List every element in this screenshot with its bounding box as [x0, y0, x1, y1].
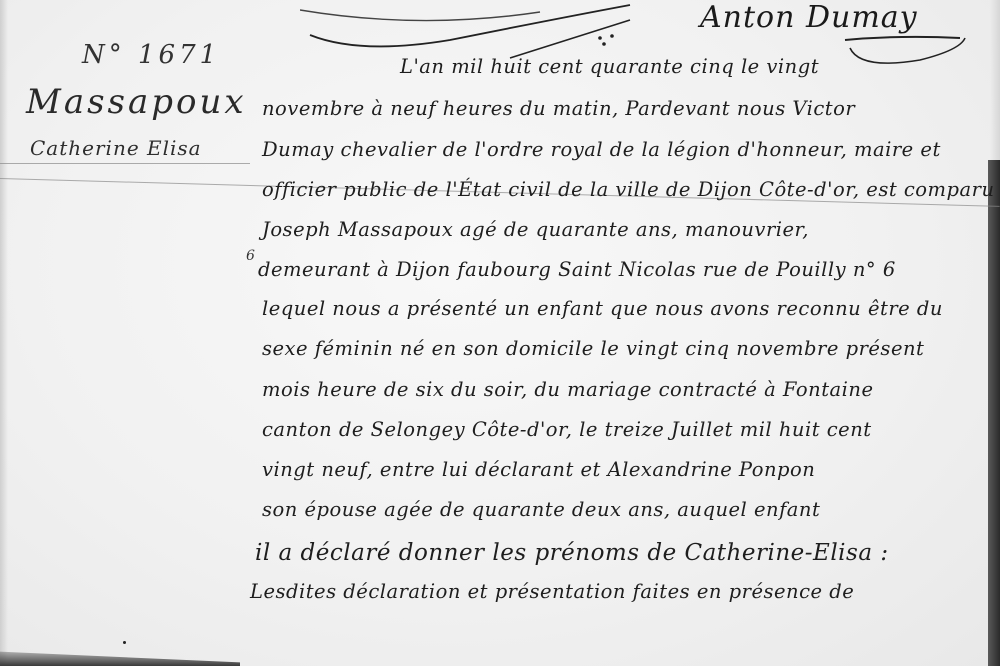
- binding-shadow: [988, 160, 1000, 666]
- ink-speck: [123, 641, 126, 644]
- text-line: L'an mil huit cent quarante cinq le ving…: [400, 55, 819, 78]
- margin-surname: Massapoux: [26, 82, 247, 122]
- text-line: demeurant à Dijon faubourg Saint Nicolas…: [258, 258, 896, 281]
- text-line: il a déclaré donner les prénoms de Cathe…: [255, 540, 889, 566]
- page-left-edge: [0, 0, 8, 666]
- text-line: Dumay chevalier de l'ordre royal de la l…: [262, 138, 941, 161]
- text-line: novembre à neuf heures du matin, Pardeva…: [262, 97, 855, 120]
- text-line: canton de Selongey Côte-d'or, le treize …: [262, 418, 872, 441]
- margin-rule-line: [0, 163, 250, 164]
- bottom-corner-shadow: [0, 648, 240, 666]
- margin-given-names: Catherine Elisa: [30, 136, 202, 160]
- text-line: son épouse agée de quarante deux ans, au…: [262, 498, 820, 521]
- entry-number: N° 1671: [82, 40, 220, 70]
- text-line: sexe féminin né en son domicile le vingt…: [262, 337, 924, 360]
- insertion-marker: 6: [246, 248, 255, 264]
- text-line: officier public de l'État civil de la vi…: [262, 178, 995, 201]
- mayor-signature: Anton Dumay: [700, 0, 918, 35]
- text-line: lequel nous a présenté un enfant que nou…: [262, 297, 943, 320]
- register-page: Anton Dumay N° 1671 Massapoux Catherine …: [0, 0, 1000, 666]
- text-line: mois heure de six du soir, du mariage co…: [262, 378, 874, 401]
- text-line: Lesdites déclaration et présentation fai…: [250, 580, 854, 603]
- text-line: vingt neuf, entre lui déclarant et Alexa…: [262, 458, 815, 481]
- text-line: Joseph Massapoux agé de quarante ans, ma…: [262, 218, 809, 241]
